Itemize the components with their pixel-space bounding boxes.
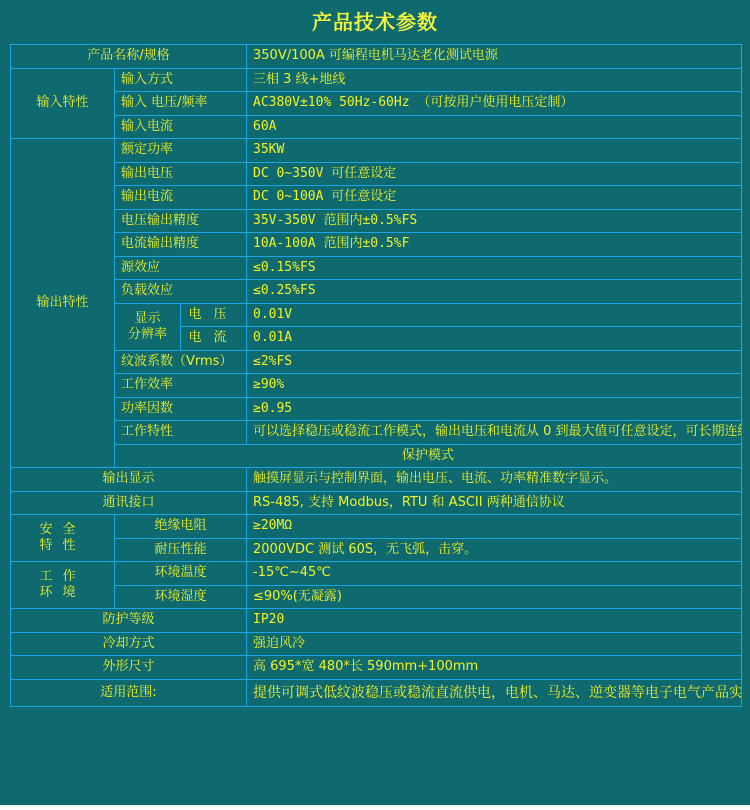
table-row-insulation: 安全 特性 绝缘电阻 ≥20MΩ [11, 515, 742, 539]
group-label-environment: 工作 环境 [11, 562, 115, 609]
row-value: 0.01A [247, 327, 742, 351]
table-row-output-voltage: 输出电压 DC 0~350V 可任意设定 [11, 162, 742, 186]
row-label: 环境湿度 [115, 585, 247, 609]
row-label: 耐压性能 [115, 538, 247, 562]
row-label: 额定功率 [115, 139, 247, 163]
row-value: 高 695*宽 480*长 590mm+100mm [247, 656, 742, 680]
env-label-line2: 环境 [17, 585, 108, 601]
resolution-label-line1: 显示 [121, 311, 174, 327]
row-label: 工作特性 [115, 421, 247, 445]
row-value: 35V-350V 范围内±0.5%FS [247, 209, 742, 233]
table-row-input-voltage: 输入 电压/频率 AC380V±10% 50Hz-60Hz （可按用户使用电压定… [11, 92, 742, 116]
table-row-voltage-accuracy: 电压输出精度 35V-350V 范围内±0.5%FS [11, 209, 742, 233]
row-value: 60A [247, 115, 742, 139]
table-row-efficiency: 工作效率 ≥90% [11, 374, 742, 398]
row-label: 源效应 [115, 256, 247, 280]
row-label: 输入 电压/频率 [115, 92, 247, 116]
row-label: 工作效率 [115, 374, 247, 398]
table-row-ripple: 纹波系数（Vrms） ≤2%FS [11, 350, 742, 374]
row-label: 绝缘电阻 [115, 515, 247, 539]
group-label-input: 输入特性 [11, 68, 115, 139]
row-value: 10A-100A 范围内±0.5%F [247, 233, 742, 257]
row-value: RS-485, 支持 Modbus，RTU 和 ASCII 两种通信协议 [247, 491, 742, 515]
row-value: 35KW [247, 139, 742, 163]
row-value: IP20 [247, 609, 742, 633]
table-row-product: 产品名称/规格 350V/100A 可编程电机马达老化测试电源 [11, 45, 742, 69]
row-label: 纹波系数（Vrms） [115, 350, 247, 374]
table-row-dimensions: 外形尺寸 高 695*宽 480*长 590mm+100mm [11, 656, 742, 680]
row-value: 350V/100A 可编程电机马达老化测试电源 [247, 45, 742, 69]
table-row-input-mode: 输入特性 输入方式 三相 3 线+地线 [11, 68, 742, 92]
row-value: 2000VDC 测试 60S，无飞弧，击穿。 [247, 538, 742, 562]
safety-label-line2: 特性 [17, 538, 108, 554]
row-label: 冷却方式 [11, 632, 247, 656]
row-value: AC380V±10% 50Hz-60Hz （可按用户使用电压定制） [247, 92, 742, 116]
row-label: 输入方式 [115, 68, 247, 92]
table-row-resolution-voltage: 显示 分辨率 电压 0.01V [11, 303, 742, 327]
row-value: ≤2%FS [247, 350, 742, 374]
group-label-output: 输出特性 [11, 139, 115, 468]
row-label: 输出电流 [115, 186, 247, 210]
table-row-temperature: 工作 环境 环境温度 -15℃~45℃ [11, 562, 742, 586]
spec-table: 产品名称/规格 350V/100A 可编程电机马达老化测试电源 输入特性 输入方… [10, 44, 742, 707]
table-row-work-characteristics: 工作特性 可以选择稳压或稳流工作模式，输出电压和电流从 0 到最大值可任意设定，… [11, 421, 742, 445]
row-value: -15℃~45℃ [247, 562, 742, 586]
table-row-display: 输出显示 触摸屏显示与控制界面，输出电压、电流、功率精准数字显示。 [11, 468, 742, 492]
row-label: 功率因数 [115, 397, 247, 421]
row-label: 负载效应 [115, 280, 247, 304]
row-label: 输入电流 [115, 115, 247, 139]
table-row-withstand: 耐压性能 2000VDC 测试 60S，无飞弧，击穿。 [11, 538, 742, 562]
row-label: 电压输出精度 [115, 209, 247, 233]
row-value: ≥0.95 [247, 397, 742, 421]
row-value: ≤0.25%FS [247, 280, 742, 304]
table-row-source-effect: 源效应 ≤0.15%FS [11, 256, 742, 280]
row-label: 通讯接口 [11, 491, 247, 515]
row-value: DC 0~350V 可任意设定 [247, 162, 742, 186]
row-value: 提供可调式低纹波稳压或稳流直流供电，电机、马达、逆变器等电子电气产品实验、测试、… [247, 679, 742, 706]
row-value: 触摸屏显示与控制界面，输出电压、电流、功率精准数字显示。 [247, 468, 742, 492]
row-value: 可以选择稳压或稳流工作模式，输出电压和电流从 0 到最大值可任意设定，可长期连续… [247, 421, 742, 445]
row-value: ≤90%(无凝露) [247, 585, 742, 609]
env-label-line1: 工作 [17, 569, 108, 585]
row-label: 外形尺寸 [11, 656, 247, 680]
table-row-scope: 适用范围: 提供可调式低纹波稳压或稳流直流供电，电机、马达、逆变器等电子电气产品… [11, 679, 742, 706]
table-row-current-accuracy: 电流输出精度 10A-100A 范围内±0.5%F [11, 233, 742, 257]
row-label: 产品名称/规格 [11, 45, 247, 69]
page-title: 产品技术参数 [0, 6, 750, 35]
row-value: 强迫风冷 [247, 632, 742, 656]
row-label: 保护模式 [115, 444, 742, 468]
table-row-load-effect: 负载效应 ≤0.25%FS [11, 280, 742, 304]
row-label: 电流 [181, 327, 247, 351]
row-label: 输出显示 [11, 468, 247, 492]
row-label: 防护等级 [11, 609, 247, 633]
table-row-rated-power: 输出特性 额定功率 35KW [11, 139, 742, 163]
row-label: 电流输出精度 [115, 233, 247, 257]
row-value: ≥20MΩ [247, 515, 742, 539]
table-row-humidity: 环境湿度 ≤90%(无凝露) [11, 585, 742, 609]
spec-page: 产品技术参数 产品名称/规格 350V/100A 可编程电机马达老化测试电源 输… [0, 0, 750, 805]
table-row-ip: 防护等级 IP20 [11, 609, 742, 633]
table-row-cooling: 冷却方式 强迫风冷 [11, 632, 742, 656]
row-label: 环境温度 [115, 562, 247, 586]
row-label: 输出电压 [115, 162, 247, 186]
group-label-safety: 安全 特性 [11, 515, 115, 562]
row-value: ≤0.15%FS [247, 256, 742, 280]
row-value: ≥90% [247, 374, 742, 398]
table-row-protection: 保护模式 具有缺相、过温、过压、过流、短路等故障自动保护功能 [11, 444, 742, 468]
row-label: 适用范围: [11, 679, 247, 706]
table-row-comm: 通讯接口 RS-485, 支持 Modbus，RTU 和 ASCII 两种通信协… [11, 491, 742, 515]
table-row-output-current: 输出电流 DC 0~100A 可任意设定 [11, 186, 742, 210]
safety-label-line1: 安全 [17, 522, 108, 538]
row-label: 电压 [181, 303, 247, 327]
table-row-power-factor: 功率因数 ≥0.95 [11, 397, 742, 421]
resolution-label: 显示 分辨率 [115, 303, 181, 350]
table-row-input-current: 输入电流 60A [11, 115, 742, 139]
row-value: 三相 3 线+地线 [247, 68, 742, 92]
row-value: 0.01V [247, 303, 742, 327]
resolution-label-line2: 分辨率 [121, 327, 174, 343]
row-value: DC 0~100A 可任意设定 [247, 186, 742, 210]
